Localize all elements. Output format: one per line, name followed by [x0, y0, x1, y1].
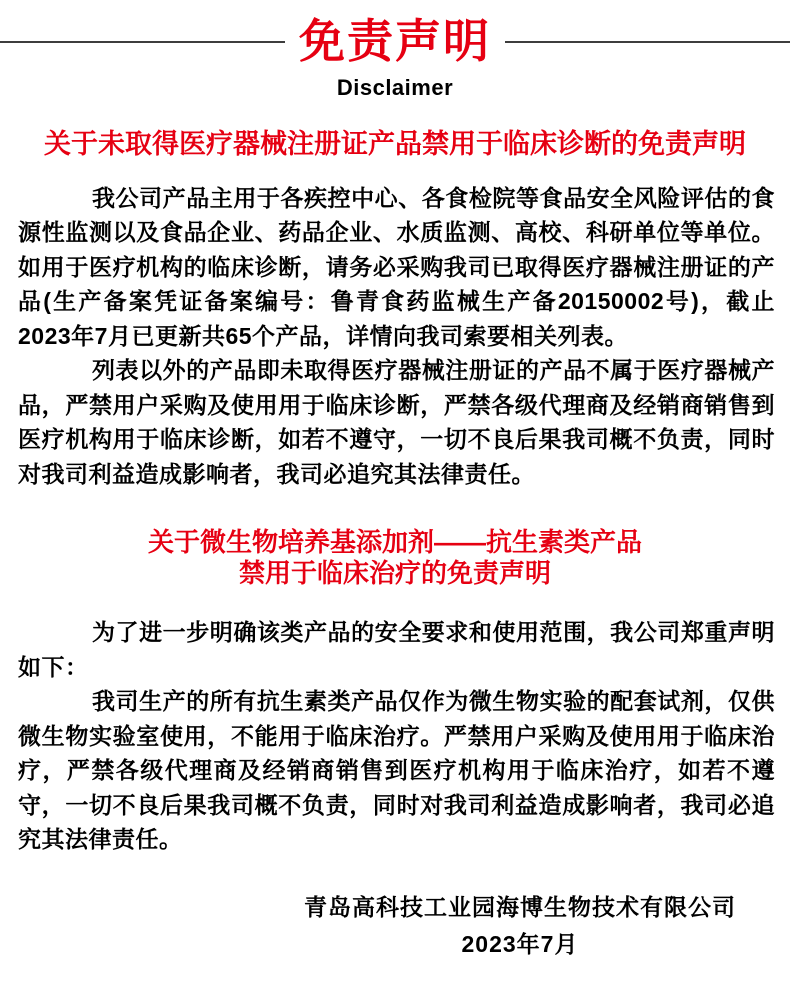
- section1-paragraph-2: 列表以外的产品即未取得医疗器械注册证的产品不属于医疗器械产品，严禁用户采购及使用…: [18, 353, 775, 491]
- signature-date: 2023年7月: [265, 926, 775, 963]
- page-subtitle: Disclaimer: [0, 75, 790, 101]
- section2-heading: 关于微生物培养基添加剂——抗生素类产品 禁用于临床治疗的免责声明: [0, 527, 790, 589]
- title-rule-right: [505, 41, 790, 43]
- page-title: 免责声明: [299, 16, 491, 68]
- signature-company: 青岛高科技工业园海博生物技术有限公司: [265, 889, 775, 926]
- section2-heading-line1: 关于微生物培养基添加剂——抗生素类产品: [0, 527, 790, 558]
- section2-body: 为了进一步明确该类产品的安全要求和使用范围，我公司郑重声明如下： 我司生产的所有…: [18, 615, 775, 857]
- section2-paragraph-1: 为了进一步明确该类产品的安全要求和使用范围，我公司郑重声明如下：: [18, 615, 775, 684]
- signature-block: 青岛高科技工业园海博生物技术有限公司 2023年7月: [265, 889, 775, 963]
- section1-paragraph-1: 我公司产品主用于各疾控中心、各食检院等食品安全风险评估的食源性监测以及食品企业、…: [18, 181, 775, 354]
- title-row: 免责声明: [0, 16, 790, 68]
- section1-heading: 关于未取得医疗器械注册证产品禁用于临床诊断的免责声明: [0, 128, 790, 160]
- disclaimer-document: 免责声明 Disclaimer 关于未取得医疗器械注册证产品禁用于临床诊断的免责…: [0, 0, 790, 983]
- title-rule-left: [0, 41, 285, 43]
- section1-body: 我公司产品主用于各疾控中心、各食检院等食品安全风险评估的食源性监测以及食品企业、…: [18, 181, 775, 492]
- section2-heading-line2: 禁用于临床治疗的免责声明: [0, 558, 790, 589]
- section2-paragraph-2: 我司生产的所有抗生素类产品仅作为微生物实验的配套试剂，仅供微生物实验室使用，不能…: [18, 684, 775, 857]
